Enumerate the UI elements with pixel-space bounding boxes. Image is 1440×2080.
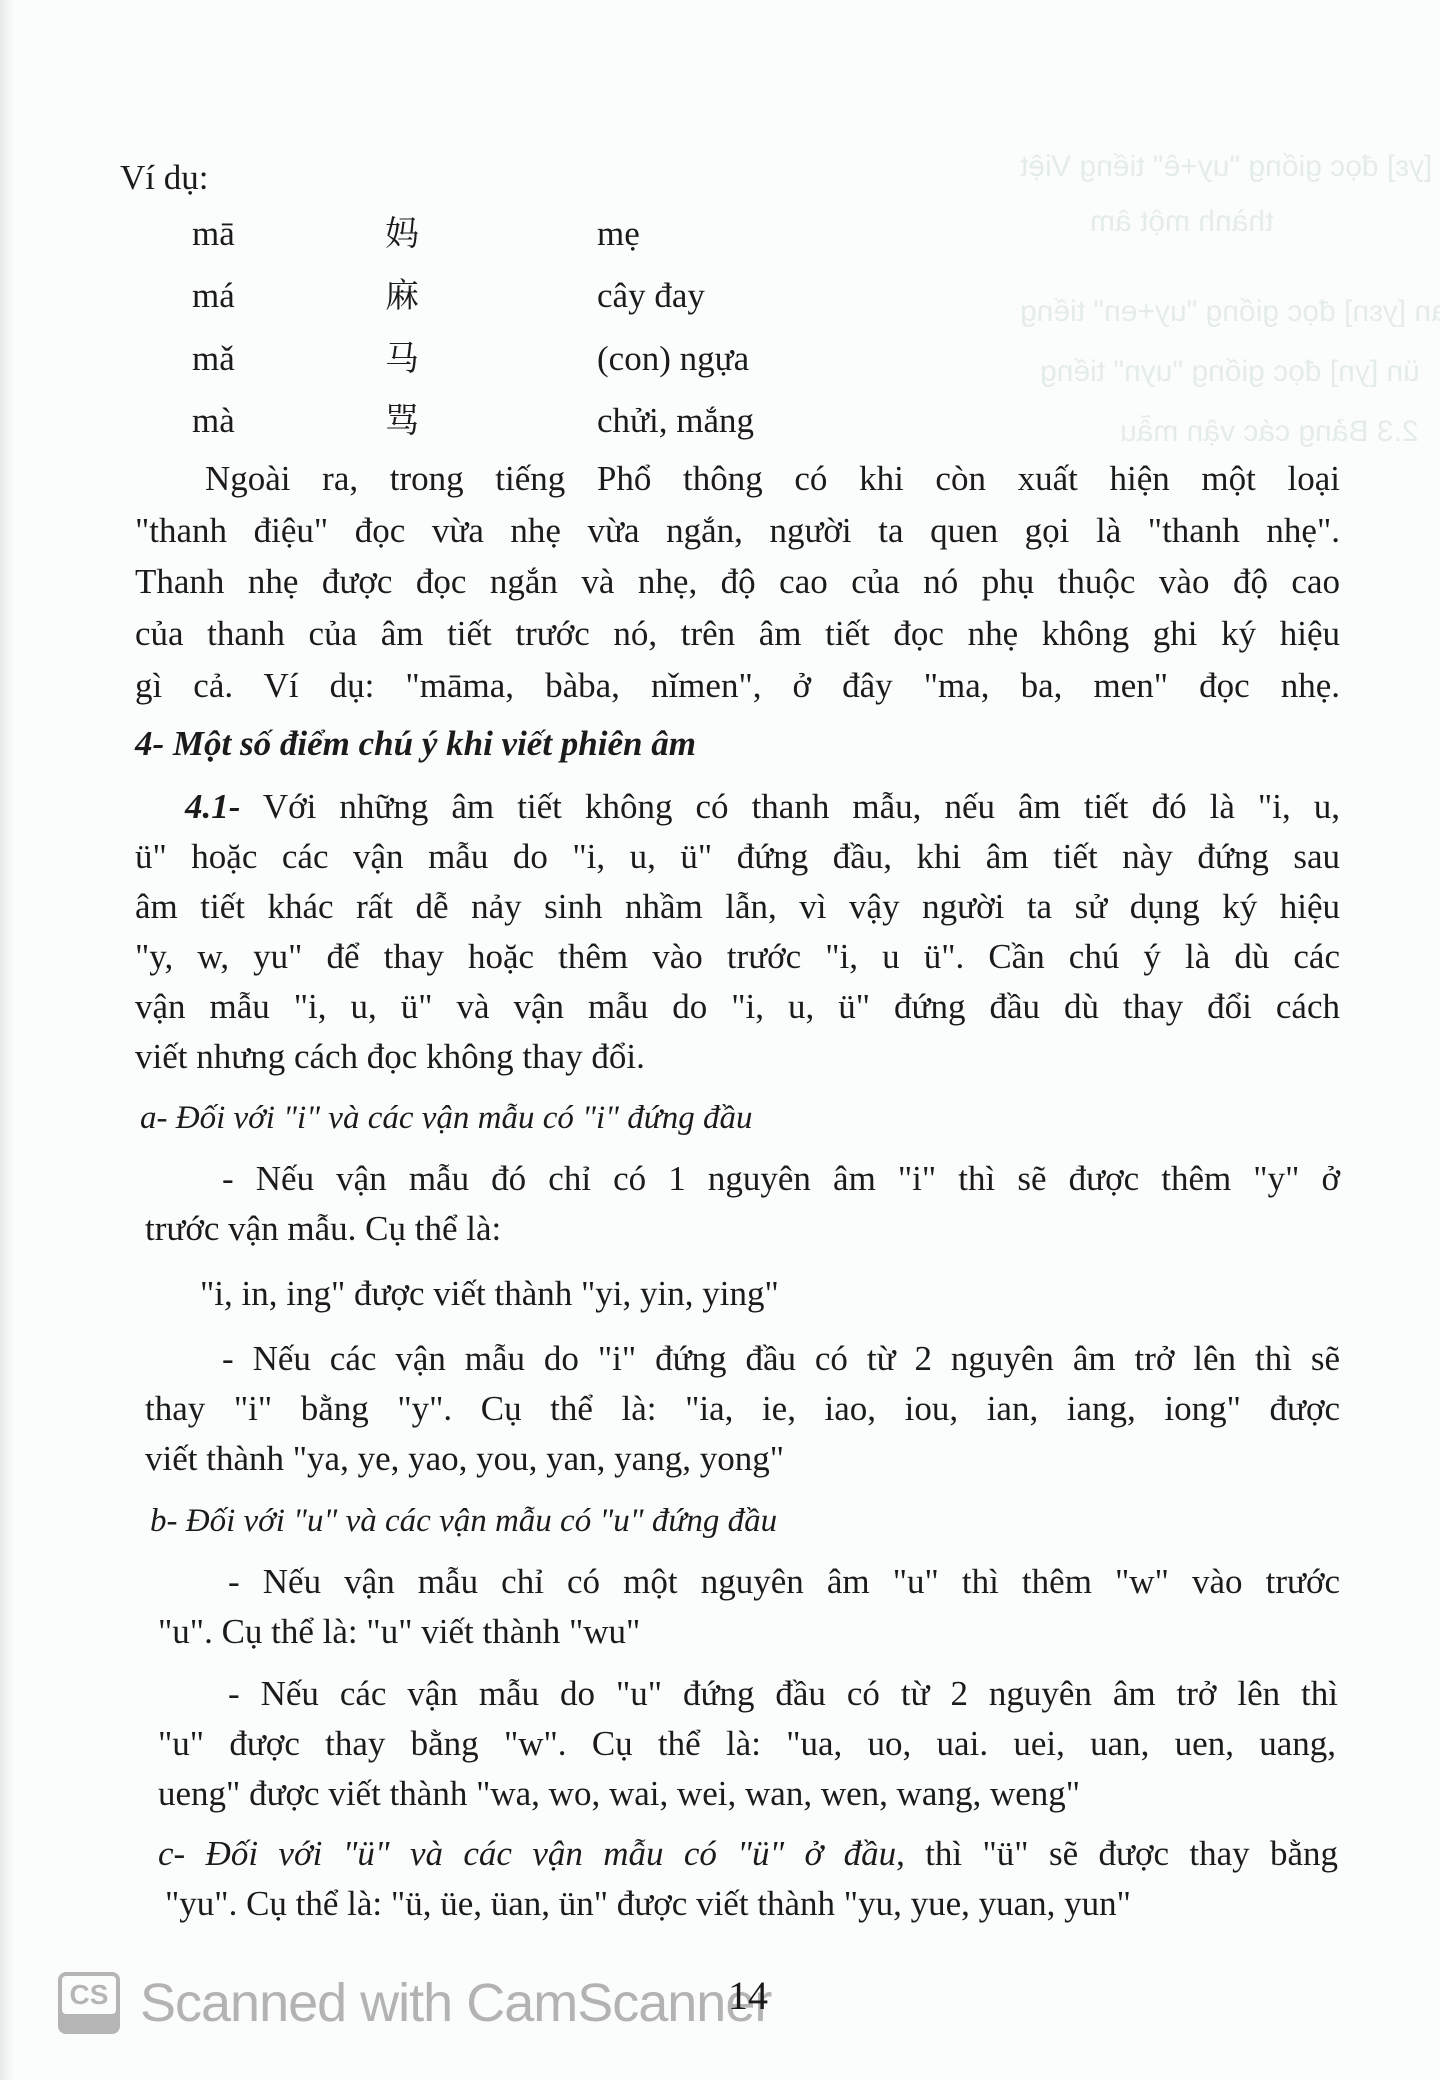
paragraph-line: - Nếu các vận mẫu do "i" đứng đầu có từ … bbox=[222, 1337, 1340, 1381]
paragraph-line: Ngoài ra, trong tiếng Phổ thông có khi c… bbox=[205, 457, 1340, 501]
hanzi: 麻 bbox=[385, 274, 419, 318]
camscanner-logo-icon: CS bbox=[58, 1972, 120, 2034]
paragraph-line: âm tiết khác rất dễ nảy sinh nhầm lẫn, v… bbox=[135, 885, 1340, 929]
paragraph-line: viết thành "ya, ye, yao, you, yan, yang,… bbox=[145, 1437, 1350, 1481]
pinyin: mā bbox=[192, 212, 235, 256]
paragraph-line: gì cả. Ví dụ: "māma, bàba, nǐmen", ở đây… bbox=[135, 664, 1340, 708]
scanner-watermark: Scanned with CamScanner bbox=[140, 1968, 771, 2038]
paragraph-text: , thì "ü" sẽ được thay bằng bbox=[896, 1834, 1338, 1873]
paragraph-line: của thanh của âm tiết trước nó, trên âm … bbox=[135, 612, 1340, 656]
paragraph-line: "yu". Cụ thể là: "ü, üe, üan, ün" được v… bbox=[165, 1882, 1370, 1926]
logo-text: CS bbox=[62, 1976, 116, 2014]
paragraph-line: viết nhưng cách đọc không thay đổi. bbox=[135, 1035, 1340, 1079]
meaning: cây đay bbox=[597, 274, 705, 318]
paragraph-line: "u". Cụ thể là: "u" viết thành "wu" bbox=[158, 1610, 1363, 1654]
example-row: mà 骂 chửi, mắng bbox=[0, 399, 1000, 449]
bleed-through-text: üan [yɛn] đọc giống "uy+en" tiếng bbox=[1020, 295, 1440, 329]
paragraph-line: "thanh điệu" đọc vừa nhẹ vừa ngắn, người… bbox=[135, 509, 1340, 553]
hanzi: 马 bbox=[385, 337, 419, 381]
paragraph-line: - Nếu các vận mẫu do "u" đứng đầu có từ … bbox=[228, 1672, 1338, 1716]
bleed-through-text: ün [yn] đọc giống "uyn" tiếng bbox=[1040, 355, 1420, 389]
subsection-heading: a- Đối với "i" và các vận mẫu có "i" đứn… bbox=[140, 1096, 1345, 1140]
paragraph-line: Thanh nhẹ được đọc ngắn và nhẹ, độ cao c… bbox=[135, 560, 1340, 604]
paragraph-line: "u" được thay bằng "w". Cụ thể là: "ua, … bbox=[158, 1722, 1336, 1766]
paragraph-line: ü" hoặc các vận mẫu do "i, u, ü" đứng đầ… bbox=[135, 835, 1340, 879]
paragraph-line: thay "i" bằng "y". Cụ thể là: "ia, ie, i… bbox=[145, 1387, 1340, 1431]
example-line: "i, in, ing" được viết thành "yi, yin, y… bbox=[200, 1272, 1405, 1316]
section-heading: 4- Một số điểm chú ý khi viết phiên âm bbox=[135, 722, 1340, 766]
paragraph-line: - Nếu vận mẫu đó chỉ có 1 nguyên âm "i" … bbox=[222, 1157, 1340, 1201]
paragraph-line: "y, w, yu" để thay hoặc thêm vào trước "… bbox=[135, 935, 1340, 979]
pinyin: mǎ bbox=[192, 337, 235, 381]
paragraph-text: Với những âm tiết không có thanh mẫu, nế… bbox=[263, 787, 1340, 826]
bleed-through-text: üe [yɛ] đọc giống "uy+ê" tiếng Việt bbox=[1020, 150, 1440, 184]
paragraph-line: c- Đối với "ü" và các vận mẫu có "ü" ở đ… bbox=[158, 1832, 1338, 1876]
example-label: Ví dụ: bbox=[120, 156, 208, 200]
paragraph-line: trước vận mẫu. Cụ thể là: bbox=[145, 1207, 1350, 1251]
meaning: chửi, mắng bbox=[597, 399, 754, 443]
bleed-through-text: thành một âm bbox=[1090, 205, 1273, 239]
hanzi: 骂 bbox=[385, 399, 419, 443]
example-row: má 麻 cây đay bbox=[0, 274, 1000, 324]
hanzi: 妈 bbox=[385, 212, 419, 256]
subsection-heading: c- Đối với "ü" và các vận mẫu có "ü" ở đ… bbox=[158, 1834, 896, 1873]
bleed-through-text: 2.3 Bảng các vận mẫu bbox=[1120, 415, 1419, 449]
paragraph-line: 4.1- Với những âm tiết không có thanh mẫ… bbox=[185, 785, 1340, 829]
subsection-number: 4.1- bbox=[185, 787, 240, 826]
subsection-heading: b- Đối với "u" và các vận mẫu có "u" đứn… bbox=[150, 1499, 1355, 1543]
paragraph-line: - Nếu vận mẫu chỉ có một nguyên âm "u" t… bbox=[228, 1560, 1340, 1604]
pinyin: mà bbox=[192, 399, 235, 443]
meaning: (con) ngựa bbox=[597, 337, 749, 381]
example-row: mā 妈 mẹ bbox=[0, 212, 1000, 262]
meaning: mẹ bbox=[597, 212, 640, 256]
paragraph-line: vận mẫu "i, u, ü" và vận mẫu do "i, u, ü… bbox=[135, 985, 1340, 1029]
page-number: 14 bbox=[728, 1966, 768, 2026]
paragraph-line: ueng" được viết thành "wa, wo, wai, wei,… bbox=[158, 1772, 1363, 1816]
example-row: mǎ 马 (con) ngựa bbox=[0, 337, 1000, 387]
pinyin: má bbox=[192, 274, 235, 318]
